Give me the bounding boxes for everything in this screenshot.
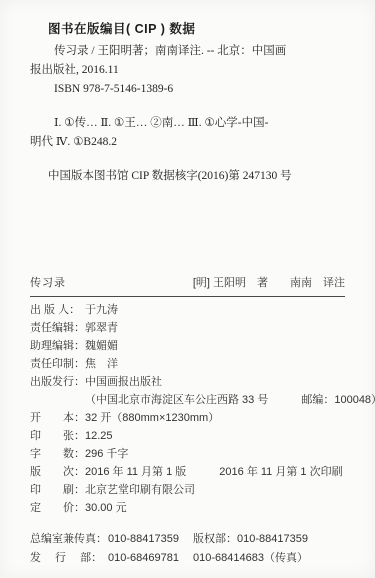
colophon-row: 责任编辑： 郭翠青 [30, 319, 345, 337]
colophon-row-label: 责任编辑： [30, 319, 85, 337]
colophon-row-label: 定 价： [30, 499, 85, 517]
colophon-row-value: 2016 年 11 月第 1 版 2016 年 11 月第 1 次印刷 [85, 463, 345, 481]
contact-row-value: 010-68469781 010-68414683（传真） [108, 549, 345, 568]
title-row: 传习录 [明] 王阳明 著 南南 译注 [30, 274, 345, 297]
colophon-row-label: 出 版 人： [30, 301, 85, 319]
colophon-row-value: 魏媚媚 [85, 337, 345, 355]
contact-row-label: 发 行 部： [30, 549, 108, 568]
colophon-row-label: 开 本： [30, 409, 85, 427]
cip-block: 图书在版编目( CIP ) 数据 传习录 / 王阳明著；南南译注. -- 北京：… [30, 20, 345, 186]
colophon-row: 字 数： 296 千字 [30, 445, 345, 463]
colophon-row: 版 次： 2016 年 11 月第 1 版 2016 年 11 月第 1 次印刷 [30, 463, 345, 481]
book-title: 传习录 [30, 274, 66, 292]
colophon-row-label: 责任印制： [30, 355, 85, 373]
colophon-row-label: 出版发行： [30, 373, 85, 391]
colophon-row-value: 296 千字 [85, 445, 345, 463]
colophon-row: 助理编辑： 魏媚媚 [30, 337, 345, 355]
colophon-row-value: 32 开（880mm×1230mm） [85, 409, 345, 427]
colophon-row-label: 字 数： [30, 445, 85, 463]
colophon-row-value: 焦 洋 [85, 355, 345, 373]
colophon-row-value: 北京艺堂印刷有限公司 [85, 481, 345, 499]
colophon-row-value: 中国画报出版社 [85, 373, 345, 391]
cip-record-number: 中国版本图书馆 CIP 数据核字(2016)第 247130 号 [30, 167, 345, 186]
classification-line2: 明代 Ⅳ. ①B248.2 [30, 133, 345, 152]
contact-row-label: 总编室兼传真： [30, 530, 108, 549]
contact-block: 总编室兼传真： 010-88417359 版权部：010-88417359 发 … [30, 530, 345, 568]
colophon-row: 出 版 人： 于九涛 [30, 301, 345, 319]
contact-row-value: 010-88417359 版权部：010-88417359 [108, 530, 345, 549]
colophon-rows: 出 版 人： 于九涛 责任编辑： 郭翠青 助理编辑： 魏媚媚 责任印制： 焦 洋 [30, 301, 345, 517]
colophon-row: 责任印制： 焦 洋 [30, 355, 345, 373]
colophon-row-value: 12.25 [85, 427, 345, 445]
colophon-row: （中国北京市海淀区车公庄西路 33 号 邮编：100048） [30, 391, 345, 409]
colophon-row-value: （中国北京市海淀区车公庄西路 33 号 邮编：100048） [85, 391, 375, 409]
colophon-row: 印 张： 12.25 [30, 427, 345, 445]
author-byline: [明] 王阳明 著 南南 译注 [193, 274, 345, 292]
colophon-row-value: 30.00 元 [85, 499, 345, 517]
colophon-row-value: 郭翠青 [85, 319, 345, 337]
contact-row: 总编室兼传真： 010-88417359 版权部：010-88417359 [30, 530, 345, 549]
colophon-row-label: 印 张： [30, 427, 85, 445]
colophon-row-label: 版 次： [30, 463, 85, 481]
colophon-row-label: 印 刷： [30, 481, 85, 499]
colophon-row-value: 于九涛 [85, 301, 345, 319]
isbn-line: ISBN 978-7-5146-1389-6 [30, 80, 345, 99]
colophon-row: 开 本： 32 开（880mm×1230mm） [30, 409, 345, 427]
cip-description-line2: 报出版社, 2016.11 [30, 61, 345, 80]
colophon-row-label [30, 391, 85, 409]
cip-description-line1: 传习录 / 王阳明著；南南译注. -- 北京：中国画 [30, 42, 345, 61]
colophon-row: 出版发行： 中国画报出版社 [30, 373, 345, 391]
cip-heading: 图书在版编目( CIP ) 数据 [48, 20, 345, 39]
cip-copyright-page: 图书在版编目( CIP ) 数据 传习录 / 王阳明著；南南译注. -- 北京：… [0, 0, 375, 578]
contact-row: 发 行 部： 010-68469781 010-68414683（传真） [30, 549, 345, 568]
classification-line1: Ⅰ. ①传… Ⅱ. ①王… ②南… Ⅲ. ①心学-中国- [30, 114, 345, 133]
colophon-block: 传习录 [明] 王阳明 著 南南 译注 出 版 人： 于九涛 责任编辑： 郭翠青… [30, 274, 345, 517]
colophon-row: 印 刷： 北京艺堂印刷有限公司 [30, 481, 345, 499]
colophon-row-label: 助理编辑： [30, 337, 85, 355]
colophon-row: 定 价： 30.00 元 [30, 499, 345, 517]
